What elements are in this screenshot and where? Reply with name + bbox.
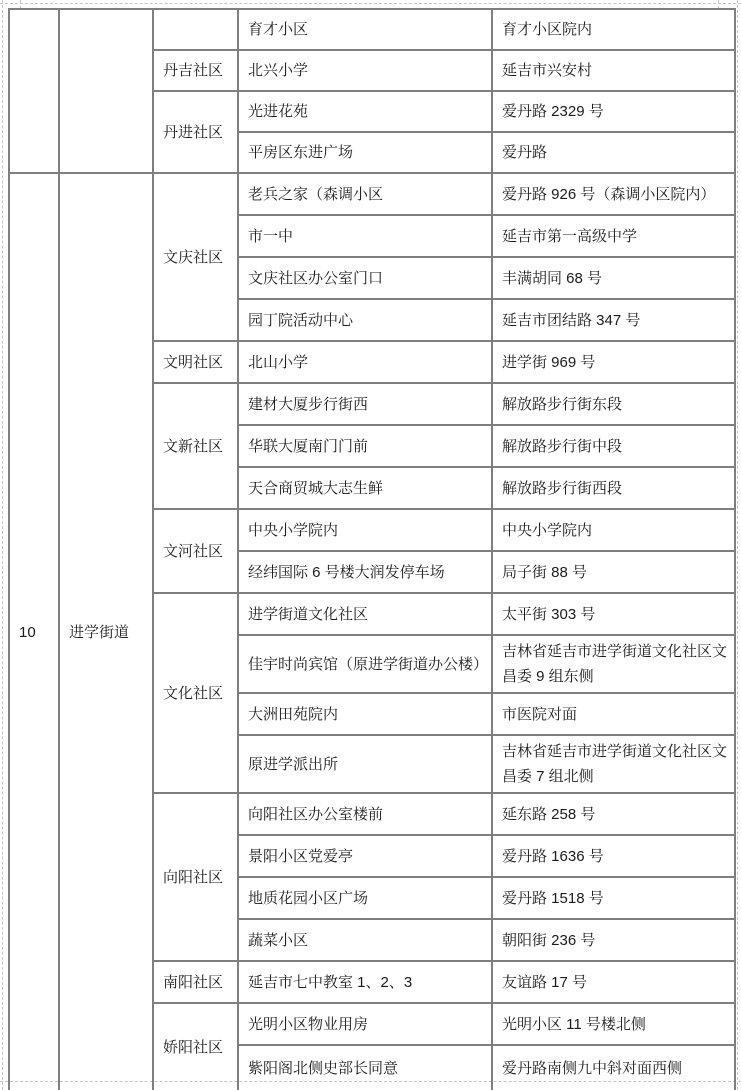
address-cell: 局子街 88 号 [492,551,735,593]
community-cell: 丹进社区 [153,91,238,173]
table-row: 10进学街道文庆社区老兵之家（森调小区爱丹路 926 号（森调小区院内） [9,173,735,215]
site-cell: 光明小区物业用房 [238,1003,492,1045]
address-cell: 解放路步行街东段 [492,383,735,425]
address-cell: 爱丹路 926 号（森调小区院内） [492,173,735,215]
address-cell: 育才小区院内 [492,9,735,50]
site-cell: 平房区东进广场 [238,132,492,173]
site-cell: 天合商贸城大志生鲜 [238,467,492,509]
site-cell: 佳宇时尚宾馆（原进学街道办公楼） [238,635,492,693]
site-cell: 原进学派出所 [238,735,492,793]
address-cell: 进学街 969 号 [492,341,735,383]
locations-table: 育才小区育才小区院内丹吉社区北兴小学延吉市兴安村丹进社区光进花苑爱丹路 2329… [8,8,736,1090]
community-cell: 文明社区 [153,341,238,383]
site-cell: 景阳小区党爱亭 [238,835,492,877]
community-cell: 文新社区 [153,383,238,509]
site-cell: 华联大厦南门门前 [238,425,492,467]
address-cell: 中央小学院内 [492,509,735,551]
site-cell: 北兴小学 [238,50,492,91]
address-cell: 市医院对面 [492,693,735,735]
number-cell: 10 [9,173,59,1090]
address-cell: 朝阳街 236 号 [492,919,735,961]
site-cell: 向阳社区办公室楼前 [238,793,492,835]
site-cell: 经纬国际 6 号楼大润发停车场 [238,551,492,593]
site-cell: 园丁院活动中心 [238,299,492,341]
address-cell: 爱丹路南侧九中斜对面西侧 [492,1045,735,1090]
community-cell: 文河社区 [153,509,238,593]
number-cell [9,9,59,173]
address-cell: 太平街 303 号 [492,593,735,635]
community-cell: 文庆社区 [153,173,238,341]
site-cell: 中央小学院内 [238,509,492,551]
community-cell: 南阳社区 [153,961,238,1003]
document-page: 育才小区育才小区院内丹吉社区北兴小学延吉市兴安村丹进社区光进花苑爱丹路 2329… [0,0,741,1090]
site-cell: 大洲田苑院内 [238,693,492,735]
address-cell: 吉林省延吉市进学街道文化社区文昌委 7 组北侧 [492,735,735,793]
community-cell: 娇阳社区 [153,1003,238,1090]
community-cell: 向阳社区 [153,793,238,961]
street-cell [59,9,153,173]
address-cell: 解放路步行街西段 [492,467,735,509]
address-cell: 爱丹路 2329 号 [492,91,735,132]
site-cell: 建材大厦步行街西 [238,383,492,425]
site-cell: 紫阳阁北侧史部长同意 [238,1045,492,1090]
community-cell: 文化社区 [153,593,238,793]
address-cell: 爱丹路 1518 号 [492,877,735,919]
site-cell: 光进花苑 [238,91,492,132]
text-boundary-right [737,0,738,1090]
address-cell: 爱丹路 1636 号 [492,835,735,877]
site-cell: 蔬菜小区 [238,919,492,961]
address-cell: 光明小区 11 号楼北侧 [492,1003,735,1045]
address-cell: 延吉市兴安村 [492,50,735,91]
community-cell [153,9,238,50]
address-cell: 延吉市第一高级中学 [492,215,735,257]
site-cell: 老兵之家（森调小区 [238,173,492,215]
site-cell: 育才小区 [238,9,492,50]
address-cell: 吉林省延吉市进学街道文化社区文昌委 9 组东侧 [492,635,735,693]
site-cell: 地质花园小区广场 [238,877,492,919]
street-cell: 进学街道 [59,173,153,1090]
address-cell: 爱丹路 [492,132,735,173]
community-cell: 丹吉社区 [153,50,238,91]
address-cell: 友谊路 17 号 [492,961,735,1003]
site-cell: 文庆社区办公室门口 [238,257,492,299]
address-cell: 延东路 258 号 [492,793,735,835]
site-cell: 市一中 [238,215,492,257]
address-cell: 解放路步行街中段 [492,425,735,467]
text-boundary-left [2,0,3,1090]
address-cell: 延吉市团结路 347 号 [492,299,735,341]
site-cell: 延吉市七中教室 1、2、3 [238,961,492,1003]
site-cell: 进学街道文化社区 [238,593,492,635]
table-row: 育才小区育才小区院内 [9,9,735,50]
address-cell: 丰满胡同 68 号 [492,257,735,299]
site-cell: 北山小学 [238,341,492,383]
text-boundary-top [0,3,741,4]
